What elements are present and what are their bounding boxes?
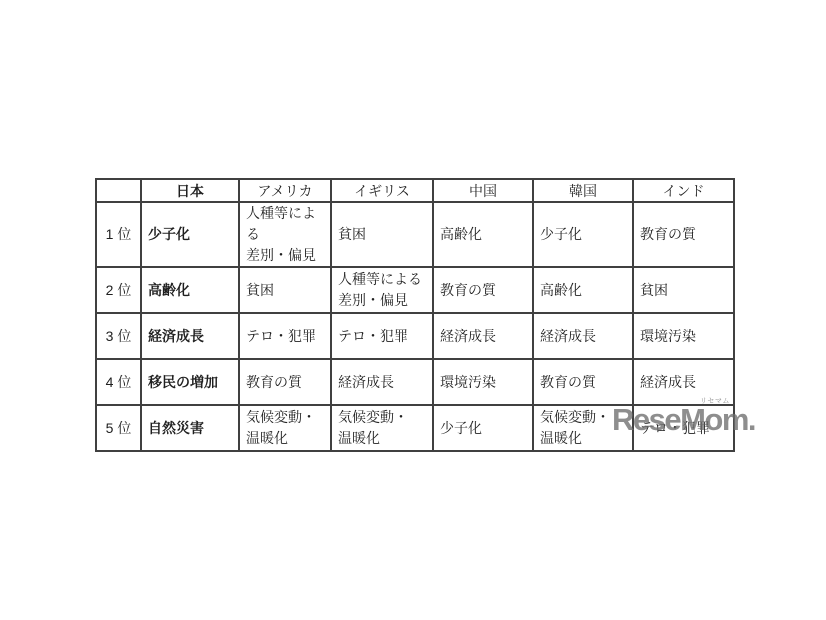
table-cell-china: 高齢化 bbox=[433, 202, 533, 267]
table-cell-china: 教育の質 bbox=[433, 267, 533, 313]
header-cell-korea: 韓国 bbox=[533, 179, 633, 202]
table-cell-korea: 少子化 bbox=[533, 202, 633, 267]
table-cell-uk: テロ・犯罪 bbox=[331, 313, 433, 359]
page: 日本 アメリカ イギリス 中国 韓国 インド 1 位 少子化 人種等による 差別… bbox=[0, 0, 826, 620]
rank-cell: 3 位 bbox=[96, 313, 141, 359]
country-ranking-table: 日本 アメリカ イギリス 中国 韓国 インド 1 位 少子化 人種等による 差別… bbox=[95, 178, 735, 452]
rank-cell: 5 位 bbox=[96, 405, 141, 451]
header-cell-uk: イギリス bbox=[331, 179, 433, 202]
header-cell-rank bbox=[96, 179, 141, 202]
table-cell-usa: 気候変動・ 温暖化 bbox=[239, 405, 331, 451]
table-row-rank2: 2 位 高齢化 貧困 人種等による 差別・偏見 教育の質 高齢化 貧困 bbox=[96, 267, 734, 313]
table-cell-china: 経済成長 bbox=[433, 313, 533, 359]
table-cell-japan: 少子化 bbox=[141, 202, 239, 267]
table-cell-japan: 経済成長 bbox=[141, 313, 239, 359]
table-cell-japan: 高齢化 bbox=[141, 267, 239, 313]
table-row-rank5: 5 位 自然災害 気候変動・ 温暖化 気候変動・ 温暖化 少子化 気候変動・ 温… bbox=[96, 405, 734, 451]
table-cell-usa: 人種等による 差別・偏見 bbox=[239, 202, 331, 267]
table-cell-usa: 貧困 bbox=[239, 267, 331, 313]
table-cell-india: 経済成長 bbox=[633, 359, 734, 405]
header-cell-india: インド bbox=[633, 179, 734, 202]
table-cell-india: 環境汚染 bbox=[633, 313, 734, 359]
table-cell-usa: 教育の質 bbox=[239, 359, 331, 405]
header-cell-japan: 日本 bbox=[141, 179, 239, 202]
table-row-rank4: 4 位 移民の増加 教育の質 経済成長 環境汚染 教育の質 経済成長 bbox=[96, 359, 734, 405]
table-cell-india: テロ・犯罪 bbox=[633, 405, 734, 451]
header-row: 日本 アメリカ イギリス 中国 韓国 インド bbox=[96, 179, 734, 202]
table-cell-uk: 気候変動・ 温暖化 bbox=[331, 405, 433, 451]
header-cell-usa: アメリカ bbox=[239, 179, 331, 202]
rank-cell: 1 位 bbox=[96, 202, 141, 267]
table-cell-uk: 人種等による 差別・偏見 bbox=[331, 267, 433, 313]
rank-cell: 2 位 bbox=[96, 267, 141, 313]
table-cell-korea: 教育の質 bbox=[533, 359, 633, 405]
table-cell-japan: 移民の増加 bbox=[141, 359, 239, 405]
table-cell-korea: 経済成長 bbox=[533, 313, 633, 359]
header-cell-china: 中国 bbox=[433, 179, 533, 202]
table-row-rank1: 1 位 少子化 人種等による 差別・偏見 貧困 高齢化 少子化 教育の質 bbox=[96, 202, 734, 267]
table-cell-china: 環境汚染 bbox=[433, 359, 533, 405]
table-cell-uk: 経済成長 bbox=[331, 359, 433, 405]
table-cell-india: 貧困 bbox=[633, 267, 734, 313]
table-cell-korea: 気候変動・ 温暖化 bbox=[533, 405, 633, 451]
table-cell-usa: テロ・犯罪 bbox=[239, 313, 331, 359]
table-cell-china: 少子化 bbox=[433, 405, 533, 451]
table-cell-japan: 自然災害 bbox=[141, 405, 239, 451]
rank-cell: 4 位 bbox=[96, 359, 141, 405]
country-ranking-table-wrap: 日本 アメリカ イギリス 中国 韓国 インド 1 位 少子化 人種等による 差別… bbox=[95, 178, 735, 452]
table-row-rank3: 3 位 経済成長 テロ・犯罪 テロ・犯罪 経済成長 経済成長 環境汚染 bbox=[96, 313, 734, 359]
table-cell-uk: 貧困 bbox=[331, 202, 433, 267]
table-cell-india: 教育の質 bbox=[633, 202, 734, 267]
table-cell-korea: 高齢化 bbox=[533, 267, 633, 313]
